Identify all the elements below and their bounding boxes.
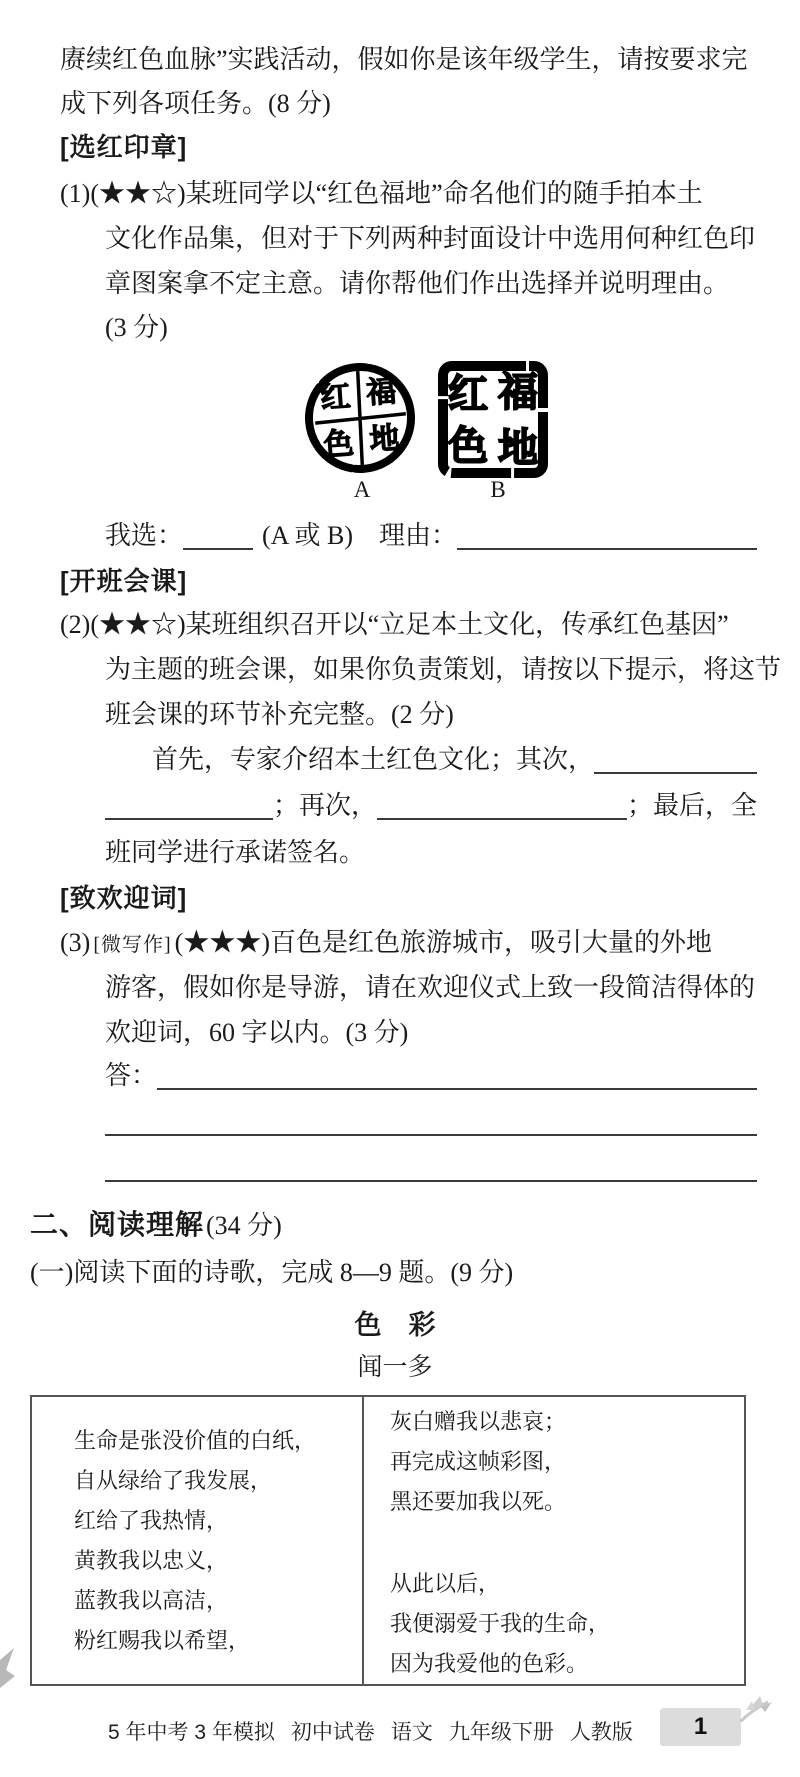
poem-left-column: 生命是张没价值的白纸，自从绿给了我发展，红给了我热情，黄教我以忠义，蓝教我以高洁… <box>32 1397 364 1684</box>
task2-hint-end: 班同学进行承诺签名。 <box>105 837 365 869</box>
poem-line: 红给了我热情， <box>74 1501 362 1541</box>
leaf-decoration-icon <box>736 1694 772 1722</box>
seal-a-char-2: 福 <box>365 375 397 410</box>
poem-line: 我便溺爱于我的生命， <box>390 1604 744 1644</box>
section2-heading-text: 二、阅读理解 <box>30 1209 204 1240</box>
intro-line-1: 赓续红色血脉”实践活动，假如你是该年级学生，请按要求完 <box>60 44 748 76</box>
task2-hint-line-2: ；再次， ；最后，全 <box>105 790 757 822</box>
seal-b-char-2: 福 <box>498 370 538 415</box>
hint-tail: ；最后，全 <box>627 790 757 822</box>
poem-line: 自从绿给了我发展， <box>74 1461 362 1501</box>
poem-right-column: 灰白赠我以悲哀；再完成这帧彩图，黑还要加我以死。 从此以后，我便溺爱于我的生命，… <box>364 1397 744 1684</box>
choose-prefix: 我选： <box>105 520 183 552</box>
hint-blank-2 <box>105 790 273 820</box>
poem-table: 生命是张没价值的白纸，自从绿给了我发展，红给了我热情，黄教我以忠义，蓝教我以高洁… <box>30 1395 746 1686</box>
hint-blank-1 <box>594 744 757 774</box>
task3-tag: [致欢迎词] <box>60 882 187 914</box>
task2-tag: [开班会课] <box>60 565 187 597</box>
poem-author: 闻一多 <box>0 1347 790 1383</box>
stanza-gap <box>390 1522 744 1564</box>
footer: 5 年中考 3 年模拟初中试卷语文九年级下册人教版 <box>108 1716 633 1746</box>
poem-line: 黑还要加我以死。 <box>390 1482 744 1522</box>
task3-answer-line: 答： <box>105 1060 757 1092</box>
footer-seg: 初中试卷 <box>291 1716 375 1746</box>
seal-a-label: A <box>344 477 380 503</box>
reason-label: 理由： <box>379 520 457 552</box>
task3-line-2: 游客，假如你是导游，请在欢迎仪式上致一段简洁得体的 <box>105 972 755 1004</box>
intro-line-2: 成下列各项任务。(8 分) <box>60 88 331 120</box>
poem-line: 蓝教我以高洁， <box>74 1581 362 1621</box>
poem-line: 从此以后， <box>390 1564 744 1604</box>
task2-line-1: (2)(★★☆)某班组织召开以“立足本土文化，传承红色基因” <box>60 609 729 641</box>
seal-b-label: B <box>480 477 516 503</box>
task2-line-3: 班会课的环节补充完整。(2 分) <box>105 699 454 731</box>
choose-options: (A 或 B) <box>262 520 353 552</box>
micro-writing-tag: [微写作] <box>90 934 174 956</box>
poem-line: 因为我爱他的色彩。 <box>390 1644 744 1684</box>
poem-line: 再完成这帧彩图， <box>390 1442 744 1482</box>
seal-a-char-1: 红 <box>319 380 351 415</box>
poem-line: 黄教我以忠义， <box>74 1541 362 1581</box>
task3-number: (3) <box>60 928 90 957</box>
seal-b-char-3: 色 <box>448 424 488 469</box>
reason-blank <box>457 520 757 550</box>
task1-line-3: 章图案拿不定主意。请你帮他们作出选择并说明理由。 <box>105 268 729 300</box>
hint-mid: ；再次， <box>273 790 377 822</box>
section2-subheading: (一)阅读下面的诗歌，完成 8—9 题。(9 分) <box>30 1257 513 1289</box>
task3-line-1: (3)[微写作](★★★)百色是红色旅游城市，吸引大量的外地 <box>60 927 712 961</box>
seal-b-char-1: 红 <box>448 372 488 417</box>
task1-score: (3 分) <box>105 312 168 344</box>
section2-heading-score: (34 分) <box>206 1211 282 1240</box>
page-number: 1 <box>694 1713 707 1741</box>
seal-b-image: 红 福 色 地 <box>437 360 549 479</box>
exam-page: 赓续红色血脉”实践活动，假如你是该年级学生，请按要求完 成下列各项任务。(8 分… <box>0 0 800 1777</box>
seal-b-char-4: 地 <box>498 426 538 471</box>
answer-label: 答： <box>105 1060 157 1092</box>
footer-seg: 语文 <box>391 1716 433 1746</box>
poem-line: 灰白赠我以悲哀； <box>390 1402 744 1442</box>
task1-tag: [选红印章] <box>60 131 187 163</box>
footer-seg: 九年级下册 <box>449 1716 554 1746</box>
hint-lead: 首先，专家介绍本土红色文化；其次， <box>152 744 594 776</box>
footer-seg: 5 年中考 3 年模拟 <box>108 1716 275 1746</box>
task2-line-2: 为主题的班会课，如果你负责策划，请按以下提示，将这节 <box>105 654 781 686</box>
seal-a-char-4: 地 <box>368 422 400 457</box>
seal-a-image: 红 福 色 地 <box>303 357 417 479</box>
page-number-badge: 1 <box>660 1708 741 1746</box>
poem-line: 生命是张没价值的白纸， <box>74 1421 362 1461</box>
left-edge-decoration-icon <box>0 1648 16 1692</box>
task1-answer-line: 我选： (A 或 B) 理由： <box>105 520 757 552</box>
answer-blank-1 <box>157 1060 757 1090</box>
poem-line: 粉红赐我以希望， <box>74 1621 362 1661</box>
task1-line-2: 文化作品集，但对于下列两种封面设计中选用何种红色印 <box>105 223 755 255</box>
section2-heading: 二、阅读理解(34 分) <box>30 1209 282 1242</box>
task2-hint-line-1: 首先，专家介绍本土红色文化；其次， <box>152 744 757 776</box>
poem-right-stanza-1: 灰白赠我以悲哀；再完成这帧彩图，黑还要加我以死。 <box>390 1402 744 1522</box>
poem-title: 色 彩 <box>0 1303 790 1342</box>
poem-right-stanza-2: 从此以后，我便溺爱于我的生命，因为我爱他的色彩。 <box>390 1564 744 1684</box>
task3-line-1-text: (★★★)百色是红色旅游城市，吸引大量的外地 <box>175 928 712 957</box>
footer-seg: 人教版 <box>570 1716 633 1746</box>
hint-blank-3 <box>377 790 627 820</box>
task3-line-3: 欢迎词，60 字以内。(3 分) <box>105 1017 408 1049</box>
answer-blank-2 <box>105 1134 757 1136</box>
answer-blank-3 <box>105 1180 757 1182</box>
task1-line-1: (1)(★★☆)某班同学以“红色福地”命名他们的随手拍本土 <box>60 178 703 210</box>
choose-blank <box>183 520 253 550</box>
seal-a-char-3: 色 <box>323 426 355 462</box>
